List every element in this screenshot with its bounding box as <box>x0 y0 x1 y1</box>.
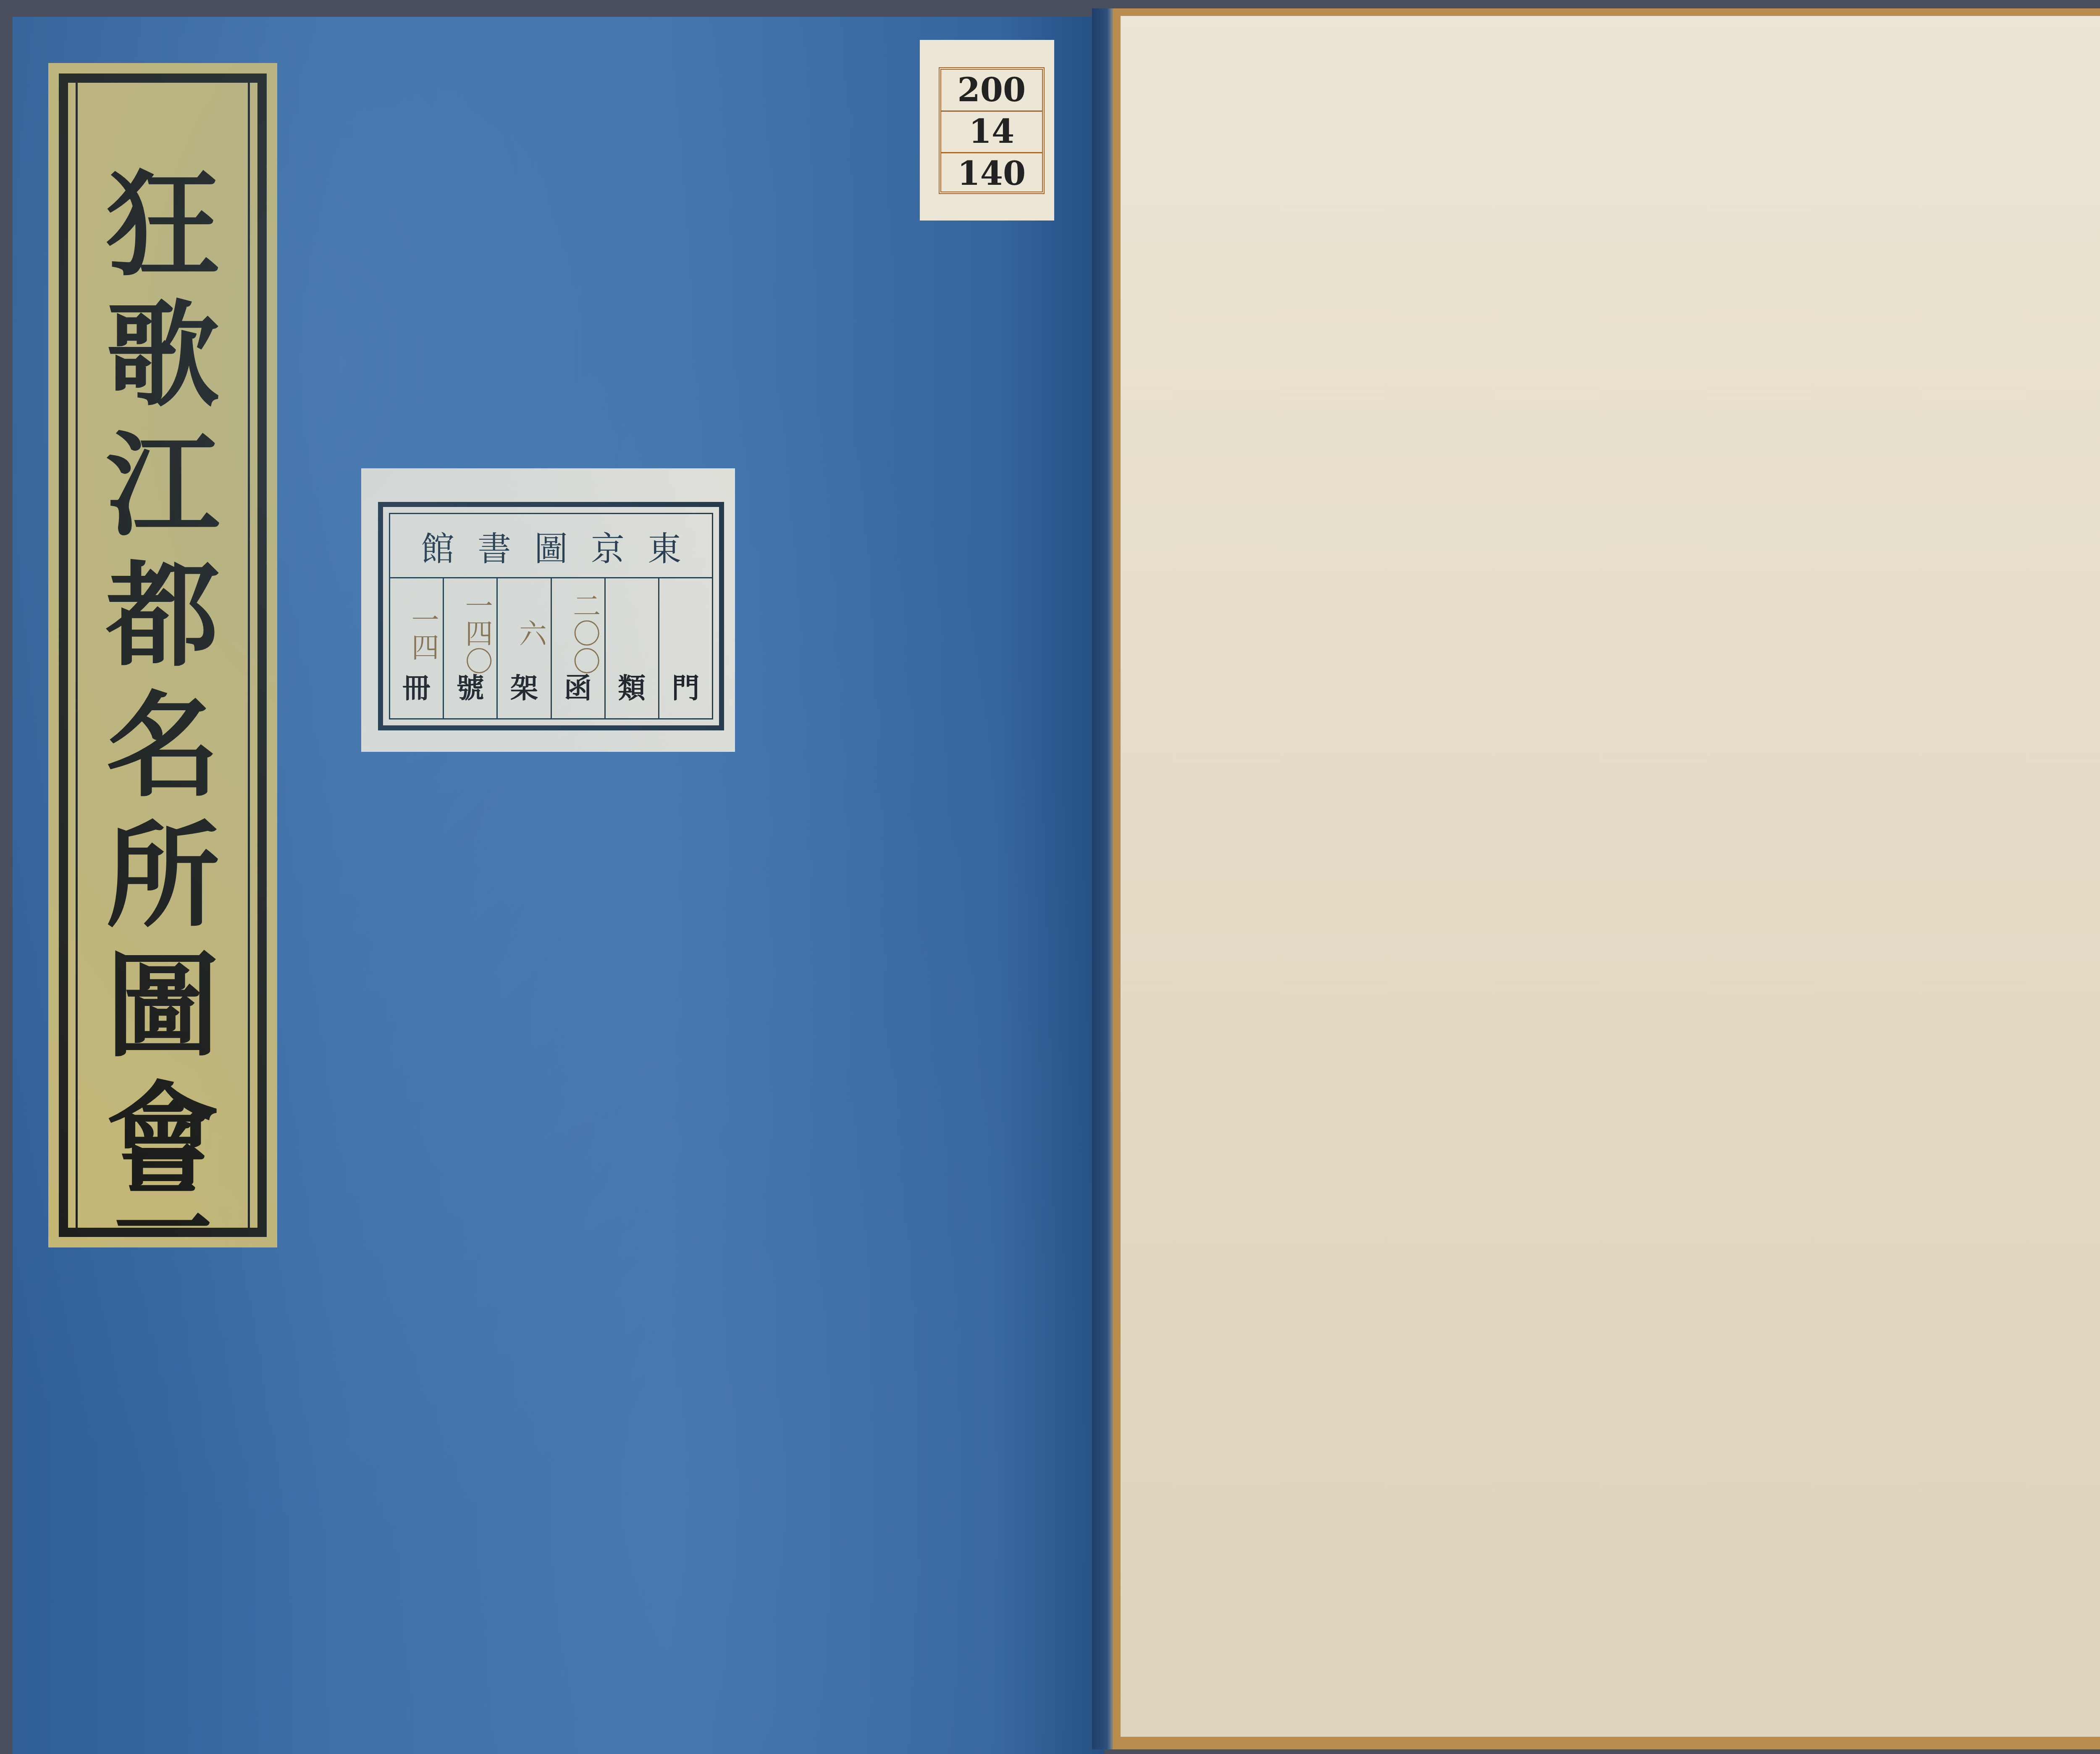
blank-paper <box>1121 16 2100 1737</box>
library-label: 館 書 圖 京 東 一四 冊 一四〇 號 六 <box>361 468 735 752</box>
title-char: 所 <box>106 811 220 941</box>
label-column: 類 <box>606 578 659 718</box>
title-char: 名 <box>106 680 220 811</box>
library-name: 館 書 圖 京 東 <box>390 514 712 578</box>
label-column: 六 架 <box>498 578 551 718</box>
label-column: 二〇〇 函 <box>552 578 606 718</box>
library-name-char: 館 <box>421 522 454 570</box>
title-char: 會 <box>106 1071 220 1201</box>
ornamental-frame: 200 14 140 <box>939 67 1045 194</box>
column-label: 類 <box>606 666 658 706</box>
library-name-char: 京 <box>591 522 625 570</box>
library-label-frame: 館 書 圖 京 東 一四 冊 一四〇 號 六 <box>378 502 724 730</box>
column-label: 門 <box>659 666 712 706</box>
column-label: 函 <box>552 666 604 706</box>
label-column: 一四 冊 <box>390 578 444 718</box>
title-slip: 狂 歌 江 都 名 所 圖 會 三 <box>48 63 277 1247</box>
library-name-char: 東 <box>648 522 681 570</box>
label-column: 一四〇 號 <box>444 578 498 718</box>
call-number-sticker: 200 14 140 <box>920 40 1054 221</box>
handwritten-value <box>606 591 658 675</box>
handwritten-value: 六 <box>498 591 550 675</box>
book-title: 狂 歌 江 都 名 所 圖 會 <box>48 160 277 1201</box>
library-name-char: 書 <box>478 522 511 570</box>
endpaper-page <box>1113 8 2100 1749</box>
title-char: 狂 <box>106 160 220 290</box>
handwritten-value: 二〇〇 <box>552 591 604 675</box>
volume-number: 三 <box>48 1113 277 1252</box>
book-cover: 狂 歌 江 都 名 所 圖 會 三 館 書 圖 京 東 一四 <box>13 17 1105 1754</box>
title-slip-inner-border <box>76 80 250 1231</box>
handwritten-value <box>659 591 712 675</box>
title-slip-outer-border <box>59 74 267 1237</box>
handwritten-value: 一四 <box>390 591 443 675</box>
title-char: 江 <box>106 420 220 550</box>
library-label-columns: 一四 冊 一四〇 號 六 架 二〇〇 函 <box>390 578 712 718</box>
handwritten-value: 一四〇 <box>444 591 496 675</box>
library-name-char: 圖 <box>534 522 568 570</box>
call-number-row: 200 <box>941 70 1042 112</box>
column-label: 冊 <box>390 666 443 706</box>
call-number-row: 14 <box>941 112 1042 154</box>
call-number-row: 140 <box>941 153 1042 194</box>
column-label: 架 <box>498 666 550 706</box>
label-column: 門 <box>659 578 712 718</box>
title-char: 都 <box>106 550 220 680</box>
column-label: 號 <box>444 666 496 706</box>
title-char: 歌 <box>106 290 220 420</box>
title-char: 圖 <box>106 941 220 1071</box>
